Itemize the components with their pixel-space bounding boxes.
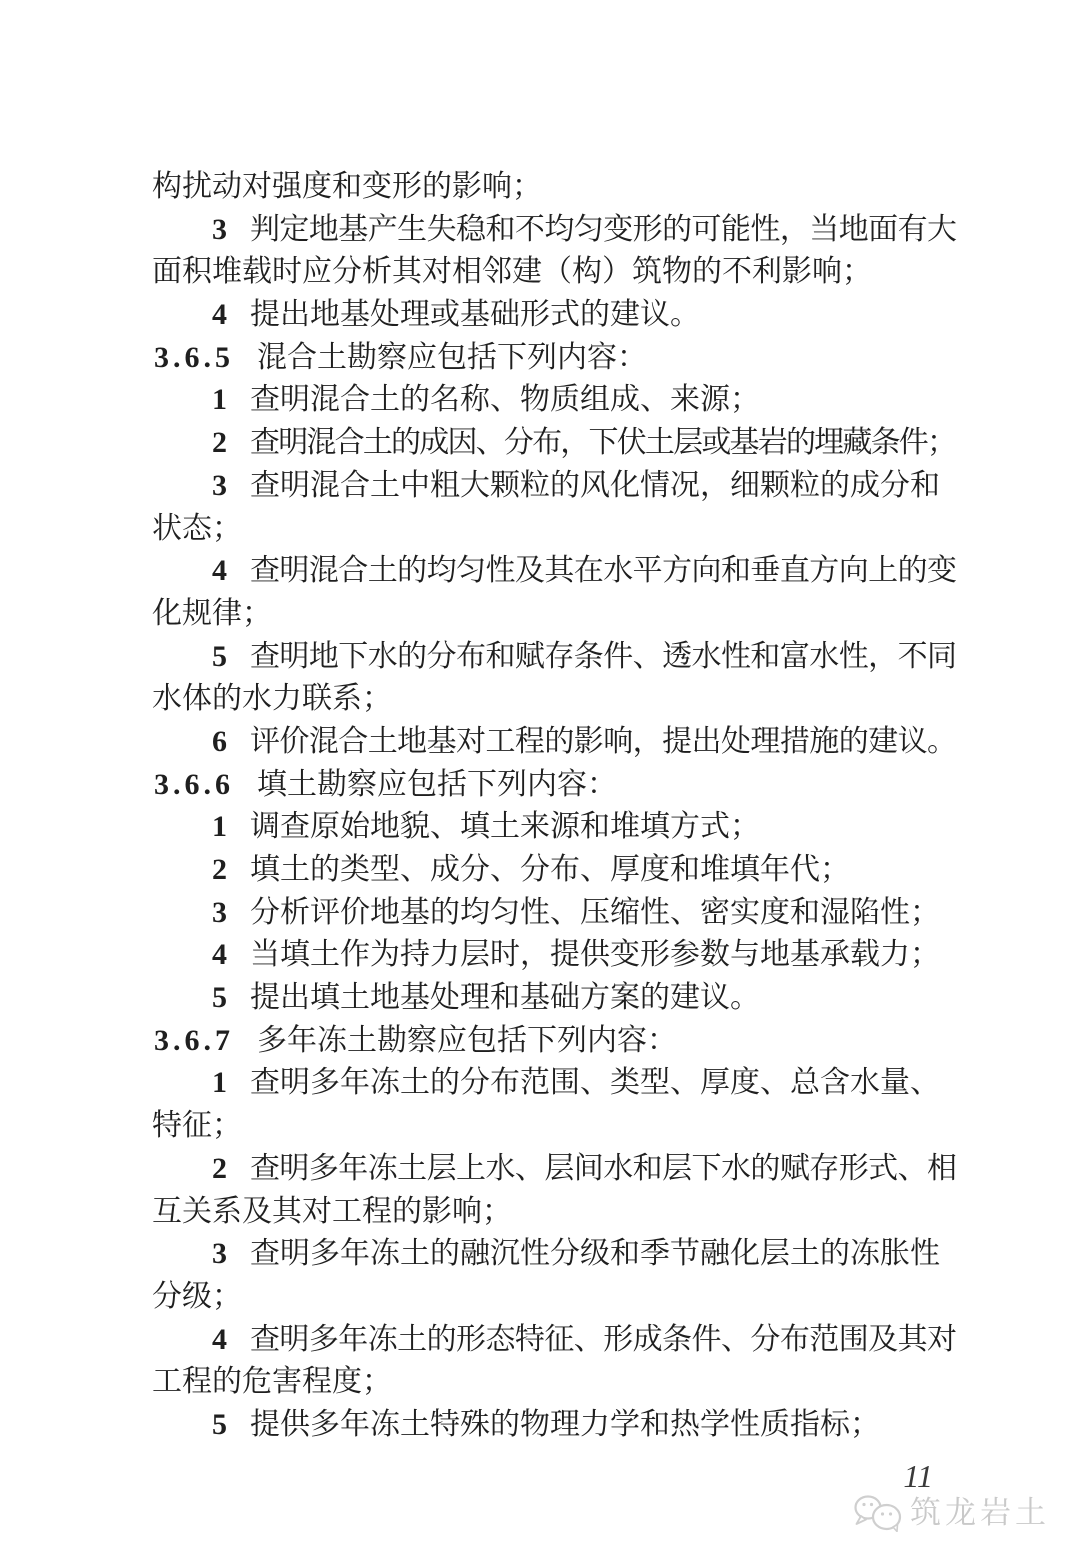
text-line: 2查明混合土的成因、分布，下伏土层或基岩的埋藏条件； [152,422,957,465]
item-number: 2 [212,1148,227,1191]
page-number: 11 [903,1458,933,1494]
item-number: 4 [212,934,227,977]
section-heading-line: 3.6.6填土勘察应包括下列内容： [152,764,957,807]
line-text: 填土勘察应包括下列内容： [257,764,957,807]
text-line: 特征； [152,1105,957,1148]
line-text: 查明混合土的均匀性及其在水平方向和垂直方向上的变 [250,550,957,593]
item-number: 2 [212,422,227,465]
line-text: 填土的类型、成分、分布、厚度和堆填年代； [250,849,957,892]
text-line: 状态； [152,508,957,551]
item-number: 5 [212,1404,227,1447]
text-line: 4查明多年冻土的形态特征、形成条件、分布范围及其对 [152,1319,957,1362]
text-line: 4当填土作为持力层时，提供变形参数与地基承载力； [152,934,957,977]
line-text: 混合土勘察应包括下列内容： [257,337,957,380]
text-line: 2填土的类型、成分、分布、厚度和堆填年代； [152,849,957,892]
section-number: 3.6.7 [154,1020,234,1063]
line-text: 特征； [152,1105,957,1148]
line-text: 调查原始地貌、填土来源和堆填方式； [250,806,957,849]
text-line: 4提出地基处理或基础形式的建议。 [152,294,957,337]
item-number: 5 [212,977,227,1020]
text-line: 面积堆载时应分析其对相邻建（构）筑物的不利影响； [152,251,957,294]
text-line: 水体的水力联系； [152,678,957,721]
text-line: 1调查原始地貌、填土来源和堆填方式； [152,806,957,849]
watermark-text: 筑龙岩土 [910,1495,1050,1531]
item-number: 3 [212,465,227,508]
line-text: 判定地基产生失稳和不均匀变形的可能性，当地面有大 [250,209,957,252]
document-body: 构扰动对强度和变形的影响；3判定地基产生失稳和不均匀变形的可能性，当地面有大面积… [152,166,957,1447]
text-line: 互关系及其对工程的影响； [152,1191,957,1234]
text-line: 化规律； [152,593,957,636]
text-line: 3判定地基产生失稳和不均匀变形的可能性，当地面有大 [152,209,957,252]
item-number: 5 [212,636,227,679]
text-line: 2查明多年冻土层上水、层间水和层下水的赋存形式、相 [152,1148,957,1191]
chat-bubbles-icon [853,1494,903,1532]
line-text: 查明多年冻土的形态特征、形成条件、分布范围及其对 [250,1319,957,1362]
item-number: 4 [212,1319,227,1362]
text-line: 3分析评价地基的均匀性、压缩性、密实度和湿陷性； [152,892,957,935]
text-line: 工程的危害程度； [152,1361,957,1404]
section-heading-line: 3.6.5混合土勘察应包括下列内容： [152,337,957,380]
watermark: 筑龙岩土 [853,1494,1050,1532]
section-heading-line: 3.6.7多年冻土勘察应包括下列内容： [152,1020,957,1063]
text-line: 3查明混合土中粗大颗粒的风化情况，细颗粒的成分和 [152,465,957,508]
text-line: 5查明地下水的分布和赋存条件、透水性和富水性，不同 [152,636,957,679]
item-number: 3 [212,892,227,935]
item-number: 1 [212,379,227,422]
document-page: 构扰动对强度和变形的影响；3判定地基产生失稳和不均匀变形的可能性，当地面有大面积… [0,0,1080,1564]
line-text: 查明多年冻土的融沉性分级和季节融化层土的冻胀性 [250,1233,957,1276]
text-line: 5提供多年冻土特殊的物理力学和热学性质指标； [152,1404,957,1447]
item-number: 4 [212,550,227,593]
text-line: 5提出填土地基处理和基础方案的建议。 [152,977,957,1020]
line-text: 查明混合土的成因、分布，下伏土层或基岩的埋藏条件； [250,422,957,465]
text-line: 3查明多年冻土的融沉性分级和季节融化层土的冻胀性 [152,1233,957,1276]
line-text: 提供多年冻土特殊的物理力学和热学性质指标； [250,1404,957,1447]
line-text: 查明地下水的分布和赋存条件、透水性和富水性，不同 [250,636,957,679]
item-number: 3 [212,209,227,252]
item-number: 6 [212,721,227,764]
line-text: 工程的危害程度； [152,1361,957,1404]
line-text: 构扰动对强度和变形的影响； [152,166,957,209]
line-text: 当填土作为持力层时，提供变形参数与地基承载力； [250,934,957,977]
line-text: 状态； [152,508,957,551]
item-number: 2 [212,849,227,892]
text-line: 1查明多年冻土的分布范围、类型、厚度、总含水量、 [152,1062,957,1105]
text-line: 分级； [152,1276,957,1319]
line-text: 查明多年冻土的分布范围、类型、厚度、总含水量、 [250,1062,957,1105]
text-line: 4查明混合土的均匀性及其在水平方向和垂直方向上的变 [152,550,957,593]
line-text: 多年冻土勘察应包括下列内容： [257,1020,957,1063]
text-line: 1查明混合土的名称、物质组成、来源； [152,379,957,422]
line-text: 互关系及其对工程的影响； [152,1191,957,1234]
item-number: 1 [212,806,227,849]
text-line: 构扰动对强度和变形的影响； [152,166,957,209]
line-text: 提出填土地基处理和基础方案的建议。 [250,977,957,1020]
section-number: 3.6.5 [154,337,234,380]
line-text: 化规律； [152,593,957,636]
section-number: 3.6.6 [154,764,234,807]
line-text: 查明混合土中粗大颗粒的风化情况，细颗粒的成分和 [250,465,957,508]
line-text: 分级； [152,1276,957,1319]
item-number: 4 [212,294,227,337]
line-text: 分析评价地基的均匀性、压缩性、密实度和湿陷性； [250,892,957,935]
line-text: 查明混合土的名称、物质组成、来源； [250,379,957,422]
line-text: 查明多年冻土层上水、层间水和层下水的赋存形式、相 [250,1148,957,1191]
line-text: 水体的水力联系； [152,678,957,721]
line-text: 提出地基处理或基础形式的建议。 [250,294,957,337]
item-number: 1 [212,1062,227,1105]
line-text: 评价混合土地基对工程的影响，提出处理措施的建议。 [250,721,957,764]
item-number: 3 [212,1233,227,1276]
line-text: 面积堆载时应分析其对相邻建（构）筑物的不利影响； [152,251,957,294]
text-line: 6评价混合土地基对工程的影响，提出处理措施的建议。 [152,721,957,764]
